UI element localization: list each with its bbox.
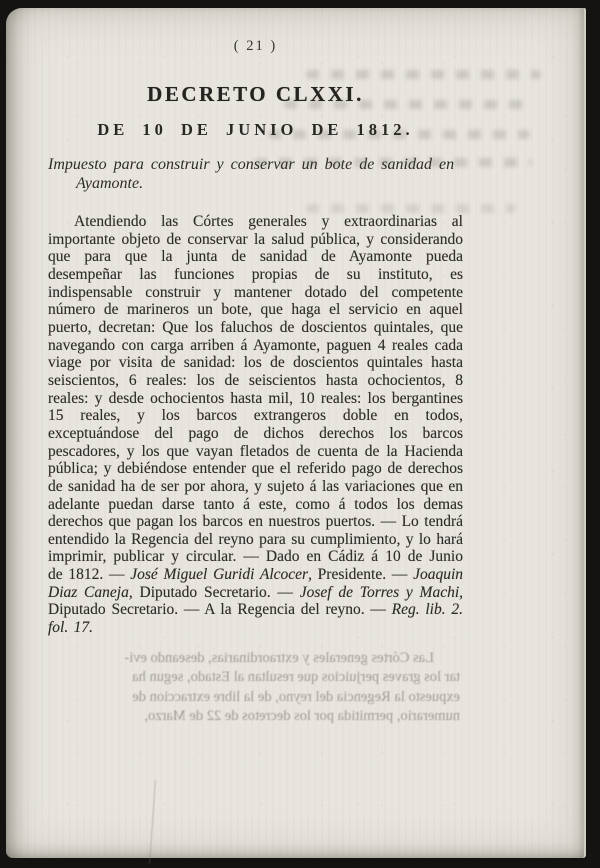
page-number: ( 21 ) xyxy=(48,38,463,55)
bleedthrough-line: tar los graves perjuicios que resultan a… xyxy=(48,668,460,688)
signatory-role: , Diputado Secretario. — xyxy=(129,584,300,601)
bleedthrough-line: Las Córtes generales y extraordinarias, … xyxy=(48,649,460,669)
signatory-role: , Presidente. — xyxy=(308,566,413,583)
bleedthrough-line: numerario, permitida por los decretos de… xyxy=(48,707,460,727)
paper-scratch xyxy=(149,780,156,864)
decree-subtitle: Impuesto para construir y conservar un b… xyxy=(48,155,463,193)
verso-bleedthrough-text: Las Córtes generales y extraordinarias, … xyxy=(48,649,460,727)
decree-date: DE 10 DE JUNIO DE 1812. xyxy=(48,120,463,140)
decree-title: DECRETO CLXXI. xyxy=(48,82,463,107)
scanned-page: ( 21 ) DECRETO CLXXI. DE 10 DE JUNIO DE … xyxy=(6,8,586,858)
signatory-name: José Miguel Guridi Alcocer xyxy=(130,566,308,583)
page-content: ( 21 ) DECRETO CLXXI. DE 10 DE JUNIO DE … xyxy=(6,8,463,727)
signatory-name: Josef de Torres y Machi xyxy=(300,584,459,601)
decree-body-text: Atendiendo las Córtes generales y extrao… xyxy=(48,213,463,583)
decree-body: Atendiendo las Córtes generales y extrao… xyxy=(48,213,463,637)
bleedthrough-line: expuesto la Regencia del reyno, de la li… xyxy=(48,688,460,708)
